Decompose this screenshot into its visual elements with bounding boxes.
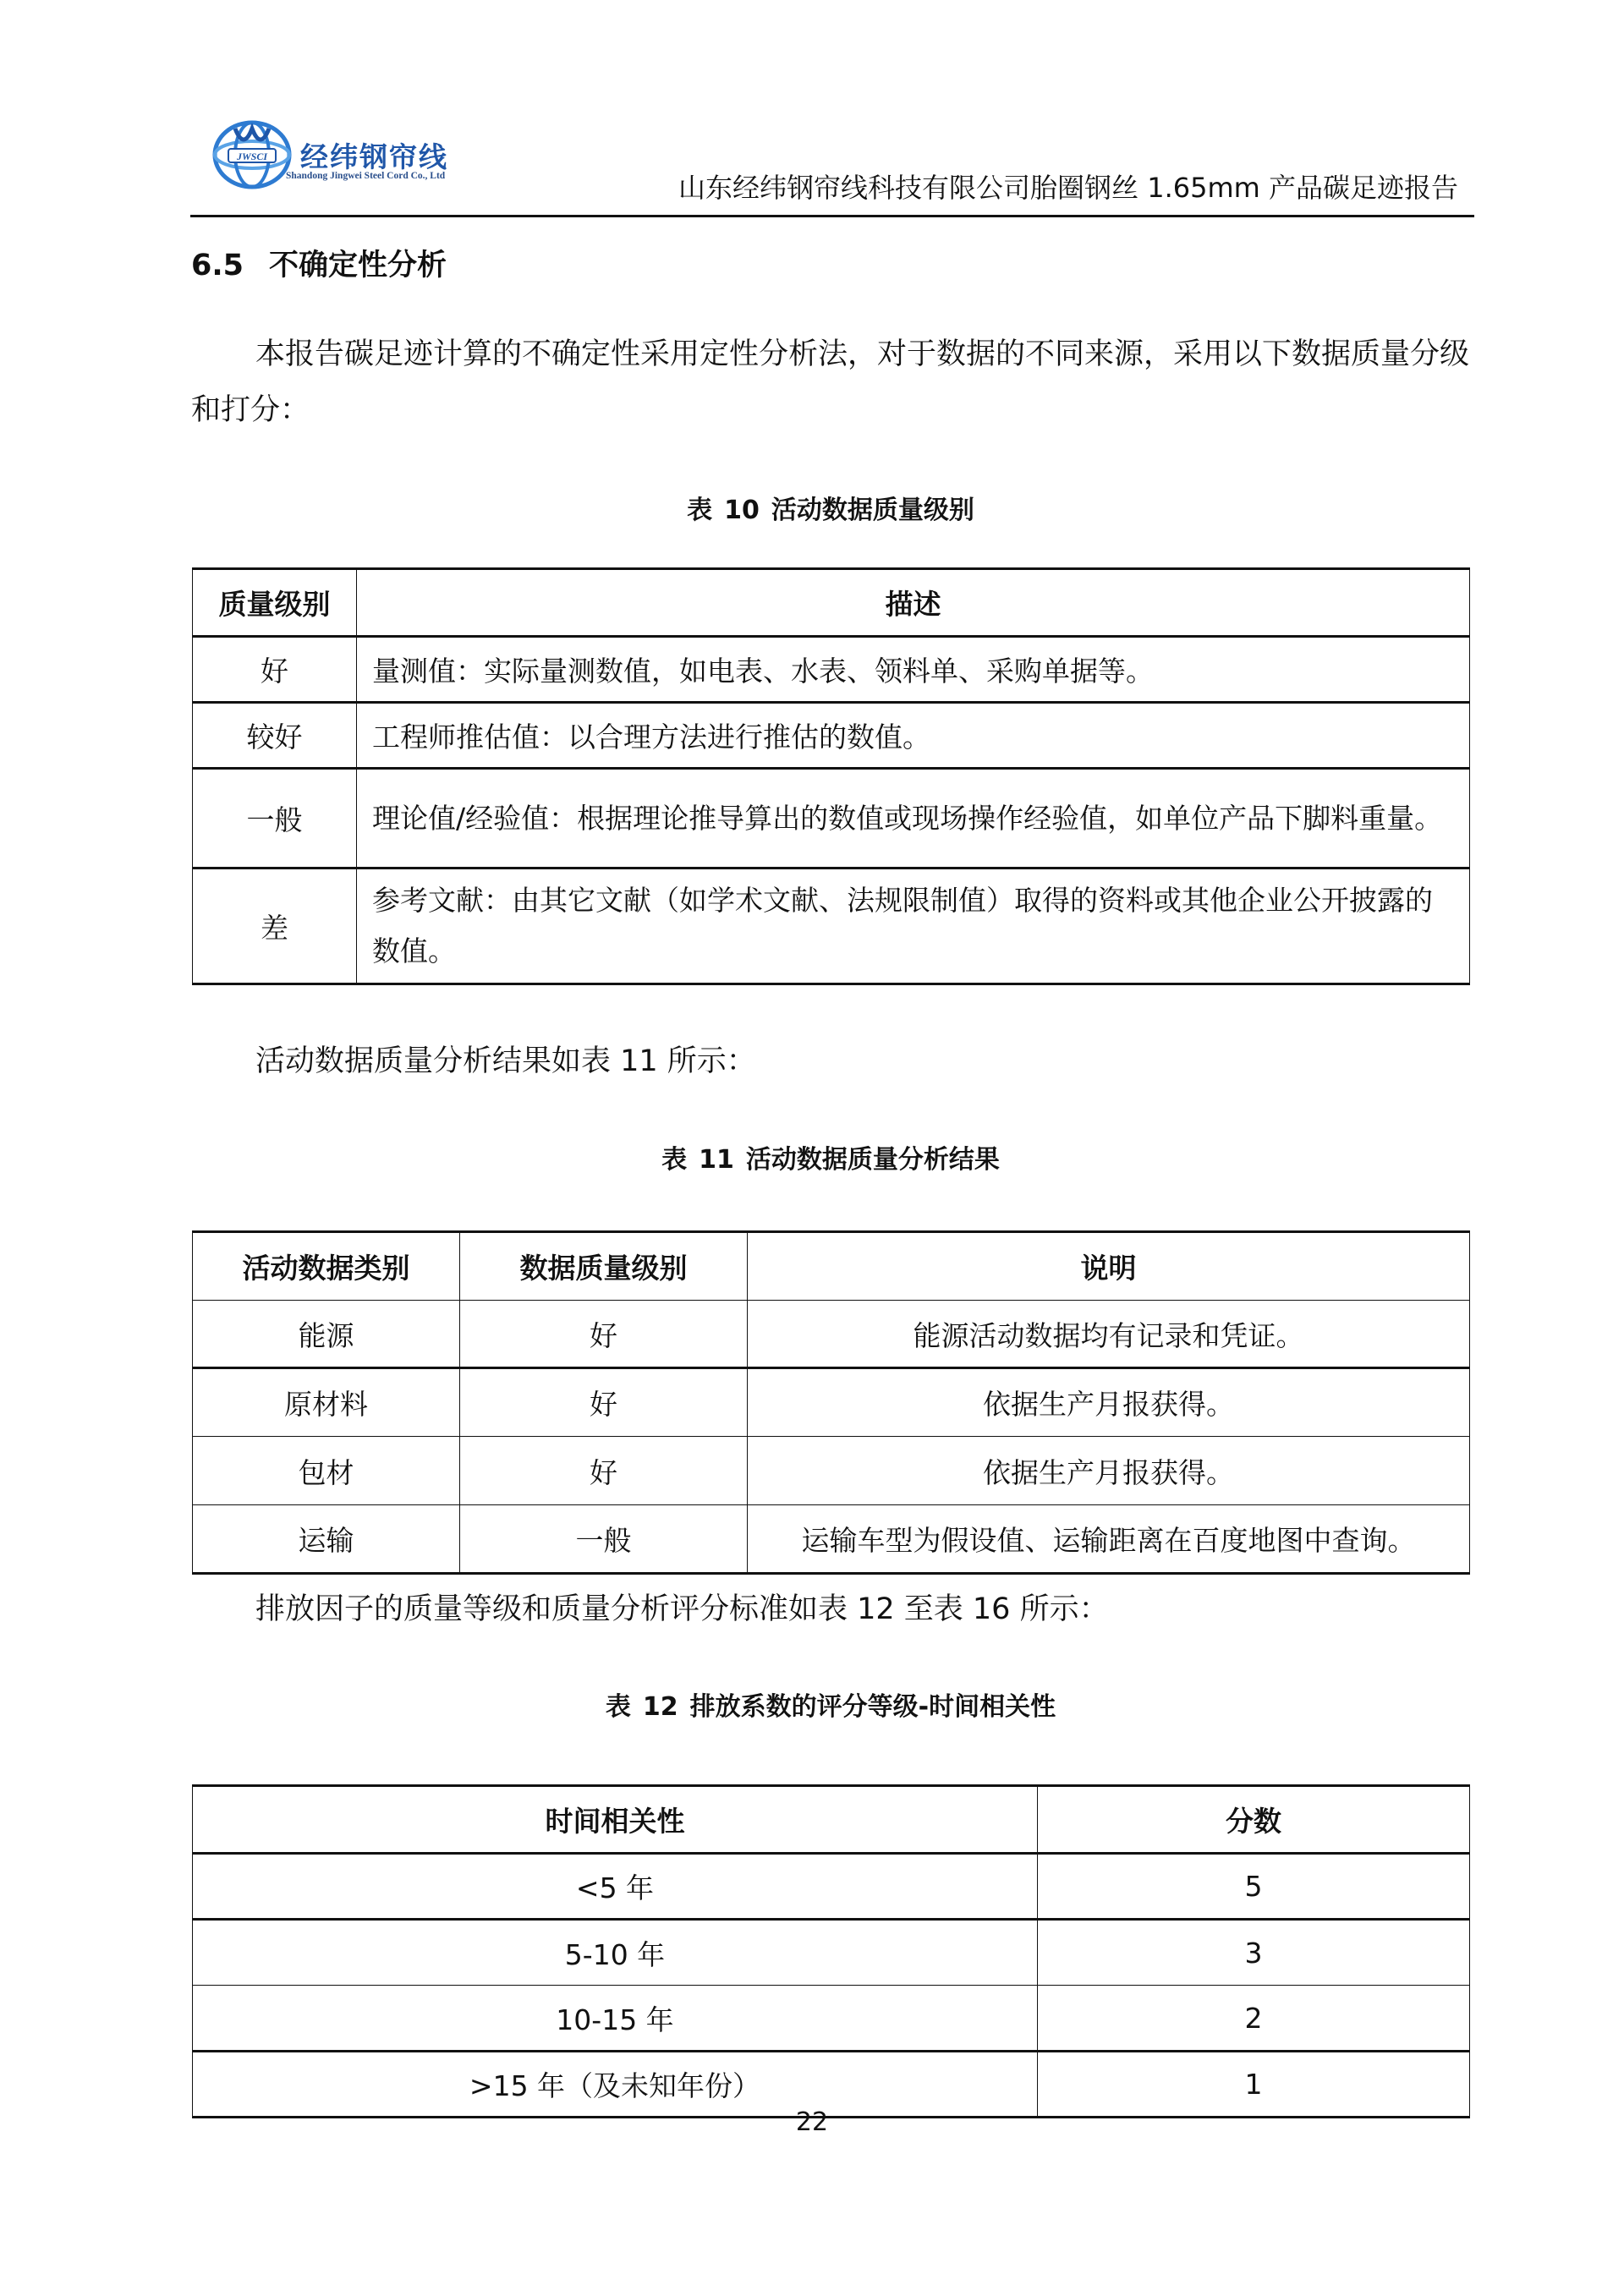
table-row: <5 年 5 [193,1854,1470,1920]
quality-level-cell: 好 [460,1368,748,1437]
level-cell: 差 [193,869,357,984]
note-cell: 能源活动数据均有记录和凭证。 [748,1301,1470,1368]
header-cell: 数据质量级别 [460,1232,748,1301]
table12-caption: 表12排放系数的评分等级-时间相关性 [191,1685,1470,1723]
note-cell: 依据生产月报获得。 [748,1368,1470,1437]
quality-level-cell: 好 [460,1437,748,1505]
score-cell: 2 [1038,1986,1470,2052]
score-cell: 3 [1038,1920,1470,1986]
logo-company-cn: 经纬钢帘线 [300,135,448,175]
company-logo: JWSCI 经纬钢帘线 Shandong Jingwei Steel Cord … [211,117,482,193]
header-cell: 分数 [1038,1786,1470,1854]
table-row: 运输 一般 运输车型为假设值、运输距离在百度地图中查询。 [193,1505,1470,1574]
quality-level-cell: 一般 [460,1505,748,1574]
table-row: 较好 工程师推估值：以合理方法进行推估的数值。 [193,703,1470,769]
section-heading: 6.5不确定性分析 [191,242,447,284]
header-cell: 说明 [748,1232,1470,1301]
category-cell: 运输 [193,1505,460,1574]
table-row: 原材料 好 依据生产月报获得。 [193,1368,1470,1437]
quality-level-cell: 好 [460,1301,748,1368]
header-cell: 描述 [357,569,1470,637]
category-cell: 原材料 [193,1368,460,1437]
report-title: 山东经纬钢帘线科技有限公司胎圈钢丝 1.65mm 产品碳足迹报告 [678,167,1458,205]
time-range-cell: <5 年 [193,1854,1038,1920]
table-row: 5-10 年 3 [193,1920,1470,1986]
category-cell: 能源 [193,1301,460,1368]
header-cell: 质量级别 [193,569,357,637]
description-cell: 参考文献：由其它文献（如学术文献、法规限制值）取得的资料或其他企业公开披露的数值… [357,869,1470,984]
table-row: 能源 好 能源活动数据均有记录和凭证。 [193,1301,1470,1368]
table-activity-data-quality-levels: 质量级别 描述 好 量测值：实际量测数值，如电表、水表、领料单、采购单据等。 较… [192,567,1470,985]
table10-caption: 表10活动数据质量级别 [191,489,1470,526]
time-range-cell: 10-15 年 [193,1986,1038,2052]
description-cell: 工程师推估值：以合理方法进行推估的数值。 [357,703,1470,769]
logo-company-en: Shandong Jingwei Steel Cord Co., Ltd [286,171,445,181]
note-cell: 依据生产月报获得。 [748,1437,1470,1505]
score-cell: 5 [1038,1854,1470,1920]
header-cell: 时间相关性 [193,1786,1038,1854]
table-row: 包材 好 依据生产月报获得。 [193,1437,1470,1505]
table11-caption: 表11活动数据质量分析结果 [191,1138,1470,1175]
table11-lead-paragraph: 活动数据质量分析结果如表 11 所示： [191,1033,1470,1089]
table12-lead-paragraph: 排放因子的质量等级和质量分析评分标准如表 12 至表 16 所示： [191,1581,1470,1637]
table-row: 10-15 年 2 [193,1986,1470,2052]
level-cell: 一般 [193,769,357,869]
page-number: 22 [0,2107,1624,2137]
intro-paragraph: 本报告碳足迹计算的不确定性采用定性分析法，对于数据的不同来源，采用以下数据质量分… [191,326,1470,438]
svg-text:JWSCI: JWSCI [236,151,268,162]
section-title: 不确定性分析 [269,249,447,282]
table-activity-data-quality-results: 活动数据类别 数据质量级别 说明 能源 好 能源活动数据均有记录和凭证。 原材料… [192,1230,1470,1575]
table-row: 好 量测值：实际量测数值，如电表、水表、领料单、采购单据等。 [193,637,1470,703]
table-emission-factor-time-correlation: 时间相关性 分数 <5 年 5 5-10 年 3 10-15 年 2 >15 年… [192,1784,1470,2118]
header-divider [190,215,1474,217]
time-range-cell: 5-10 年 [193,1920,1038,1986]
section-number: 6.5 [191,249,244,282]
description-cell: 量测值：实际量测数值，如电表、水表、领料单、采购单据等。 [357,637,1470,703]
level-cell: 较好 [193,703,357,769]
table-header-row: 活动数据类别 数据质量级别 说明 [193,1232,1470,1301]
globe-logo-icon: JWSCI [211,117,296,193]
description-cell: 理论值/经验值：根据理论推导算出的数值或现场操作经验值，如单位产品下脚料重量。 [357,769,1470,869]
table-row: 差 参考文献：由其它文献（如学术文献、法规限制值）取得的资料或其他企业公开披露的… [193,869,1470,984]
table-header-row: 时间相关性 分数 [193,1786,1470,1854]
level-cell: 好 [193,637,357,703]
note-cell: 运输车型为假设值、运输距离在百度地图中查询。 [748,1505,1470,1574]
table-header-row: 质量级别 描述 [193,569,1470,637]
category-cell: 包材 [193,1437,460,1505]
header-cell: 活动数据类别 [193,1232,460,1301]
table-row: 一般 理论值/经验值：根据理论推导算出的数值或现场操作经验值，如单位产品下脚料重… [193,769,1470,869]
